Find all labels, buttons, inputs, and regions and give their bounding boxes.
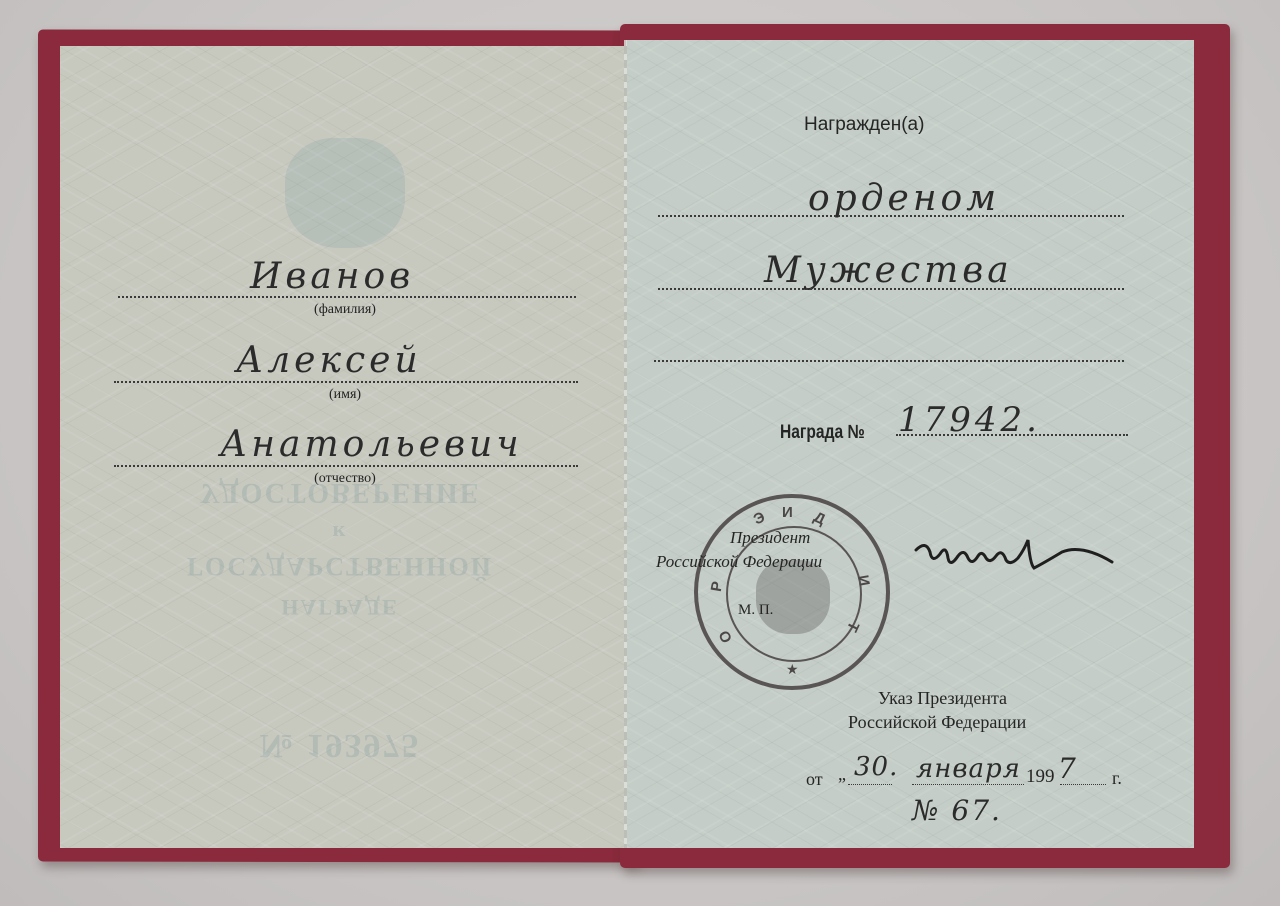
seal-letter: Д [811,509,828,529]
president-title-country: Российской Федерации [656,552,822,572]
double-headed-eagle-icon [285,138,405,248]
decree-year-label: г. [1112,768,1122,789]
decree-line-2: Российской Федерации [848,712,1026,733]
seal-letter: И [854,574,873,588]
watermark-line-4: НАГРАДЕ [120,594,560,620]
decree-year-suffix: 7 [1058,752,1080,785]
decree-day-rule [848,784,892,785]
decree-line-1: Указ Президента [878,688,1007,709]
patronymic-value: Анатольевич [220,424,523,465]
seal-letter: И [782,504,793,521]
surname-value: Иванов [250,256,414,297]
award-number-label: Награда № [780,422,865,444]
award-line-2-rule [658,288,1124,290]
stamp-mark: М. П. [738,602,773,619]
decree-day: 30. [854,752,898,782]
watermark-line-3: ГОСУДАРСТВЕННОЙ [120,551,560,581]
decree-from-label: от [806,769,823,790]
official-seal: И Д Э И Т Р О ★ [694,494,890,690]
seal-letter: Э [751,509,768,529]
award-number-rule [896,434,1128,436]
signature-icon [912,534,1122,584]
spine [624,40,627,848]
awarded-heading: Награжден(а) [804,114,924,136]
surname-line [118,296,576,298]
first-name-line [114,381,578,383]
award-line-3-rule [654,360,1124,362]
president-title: Президент [730,528,810,548]
patronymic-caption: (отчество) [290,471,400,487]
award-line-1: орденом [808,178,1000,219]
award-line-1-rule [658,215,1124,217]
award-line-2: Мужества [764,250,1013,291]
decree-quote-open: „ [838,764,846,785]
first-name-value: Алексей [236,340,422,381]
decree-month: января [916,754,1021,784]
watermark-serial: № 193975 [120,726,560,764]
patronymic-line [114,465,578,467]
seal-letter: О [716,628,736,646]
decree-year-prefix: 199 [1026,766,1055,788]
surname-caption: (фамилия) [290,302,400,318]
decree-year-rule [1060,784,1106,785]
first-name-caption: (имя) [300,387,390,403]
watermark-line-2: к [120,516,560,542]
decree-number: № 67. [912,794,1002,827]
seal-star: ★ [786,662,799,679]
seal-letter: Р [708,580,726,593]
decree-month-rule [912,784,1024,785]
